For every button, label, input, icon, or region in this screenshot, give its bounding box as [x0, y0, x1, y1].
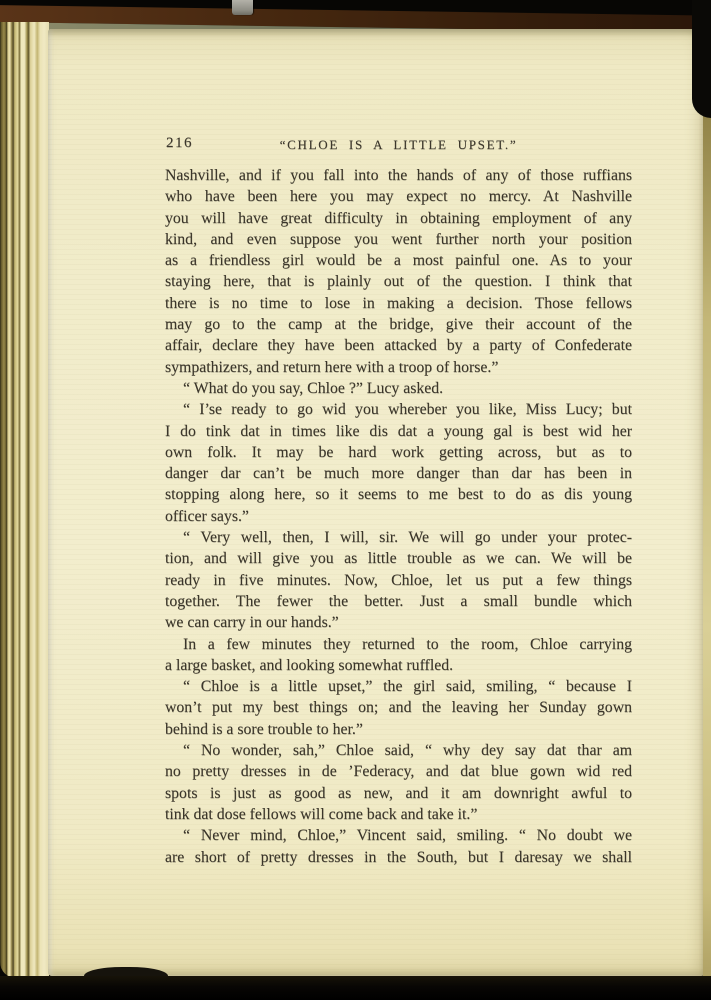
paragraph: “ Never mind, Chloe,” Vincent said, smil…	[165, 825, 632, 868]
text-line: “ I’se ready to go wid you whereber you …	[165, 399, 632, 420]
paragraph: “ Very well, then, I will, sir. We will …	[165, 527, 632, 633]
text-line: In a few minutes they returned to the ro…	[165, 634, 632, 655]
text-block: Nashville, and if you fall into the hand…	[165, 165, 632, 868]
text-line: no pretty dresses in de ’Federacy, and d…	[165, 761, 632, 782]
text-line: affair, declare they have been attacked …	[165, 335, 632, 356]
text-line: together. The fewer the better. Just a s…	[165, 591, 632, 612]
text-line: who have been here you may expect no mer…	[165, 186, 632, 207]
text-line: are short of pretty dresses in the South…	[165, 847, 632, 868]
text-line: “ Never mind, Chloe,” Vincent said, smil…	[165, 825, 632, 846]
text-line: as a friendless girl would be a most pai…	[165, 250, 632, 271]
book-page: 216 “CHLOE IS A LITTLE UPSET.” Nashville…	[48, 29, 705, 976]
paragraph: “ Chloe is a little upset,” the girl sai…	[165, 676, 632, 740]
text-line: staying here, that is plainly out of the…	[165, 271, 632, 292]
text-line: we can carry in our hands.”	[165, 612, 632, 633]
running-header: “CHLOE IS A LITTLE UPSET.”	[165, 137, 632, 153]
text-line: behind is a sore trouble to her.”	[165, 719, 632, 740]
text-line: you will have great difficulty in obtain…	[165, 208, 632, 229]
text-line: ready in five minutes. Now, Chloe, let u…	[165, 570, 632, 591]
text-line: Nashville, and if you fall into the hand…	[165, 165, 632, 186]
text-line: officer says.”	[165, 506, 632, 527]
scanner-clamp	[232, 0, 253, 15]
background-shadow-bottom	[0, 976, 711, 1000]
page-right-edge	[703, 105, 711, 976]
text-line: I do tink dat in times like dis dat a yo…	[165, 421, 632, 442]
text-line: “ What do you say, Chloe ?” Lucy asked.	[165, 378, 632, 399]
text-line: danger dar can’t be much more danger tha…	[165, 463, 632, 484]
background-shadow-top-right	[692, 0, 711, 118]
book-pages-left-edge	[0, 22, 49, 978]
paragraph: Nashville, and if you fall into the hand…	[165, 165, 632, 378]
text-line: a large basket, and looking somewhat ruf…	[165, 655, 632, 676]
text-line: tion, and will give you as little troubl…	[165, 548, 632, 569]
text-line: kind, and even suppose you went further …	[165, 229, 632, 250]
text-line: spots is just as good as new, and it am …	[165, 783, 632, 804]
text-line: there is no time to lose in making a dec…	[165, 293, 632, 314]
paragraph: “ No wonder, sah,” Chloe said, “ why dey…	[165, 740, 632, 825]
text-line: “ No wonder, sah,” Chloe said, “ why dey…	[165, 740, 632, 761]
text-line: tink dat dose fellows will come back and…	[165, 804, 632, 825]
text-line: sympathizers, and return here with a tro…	[165, 357, 632, 378]
text-line: stopping along here, so it seems to me b…	[165, 484, 632, 505]
text-line: own folk. It may be hard work getting ac…	[165, 442, 632, 463]
text-line: may go to the camp at the bridge, give t…	[165, 314, 632, 335]
paragraph: “ I’se ready to go wid you whereber you …	[165, 399, 632, 527]
book-scan-photo: 216 “CHLOE IS A LITTLE UPSET.” Nashville…	[0, 0, 711, 1000]
paragraph: “ What do you say, Chloe ?” Lucy asked.	[165, 378, 632, 399]
text-line: “ Very well, then, I will, sir. We will …	[165, 527, 632, 548]
text-line: “ Chloe is a little upset,” the girl sai…	[165, 676, 632, 697]
paragraph: In a few minutes they returned to the ro…	[165, 634, 632, 677]
text-line: won’t put my best things on; and the lea…	[165, 697, 632, 718]
page-header: 216 “CHLOE IS A LITTLE UPSET.”	[165, 135, 632, 153]
